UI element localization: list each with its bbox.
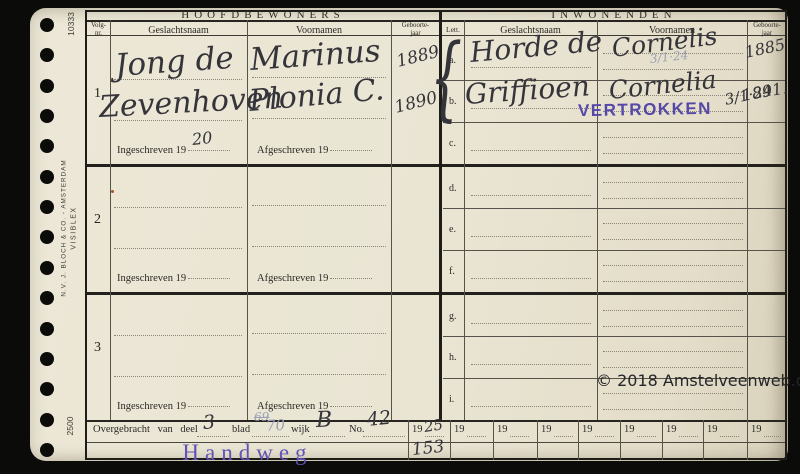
- write-line: [252, 246, 386, 247]
- write-line: [252, 436, 289, 437]
- write-line: [603, 326, 743, 327]
- blad-label: blad: [232, 424, 250, 435]
- year-cell-label: 19: [454, 424, 465, 435]
- handwritten-year-25: 25: [423, 415, 444, 435]
- row-letter: f.: [449, 266, 455, 277]
- card-serial-top: 10333: [66, 12, 76, 36]
- write-line: [603, 182, 743, 183]
- write-line: [595, 436, 614, 437]
- table-line: [620, 420, 621, 460]
- write-line: [603, 310, 743, 311]
- write-line: [252, 333, 386, 334]
- row-letter: c.: [449, 138, 456, 149]
- write-line: [252, 118, 386, 119]
- write-line: [603, 137, 743, 138]
- write-line: [471, 150, 591, 151]
- year-cell-label: 19: [751, 424, 762, 435]
- write-line: [114, 335, 242, 336]
- write-line: [471, 195, 591, 196]
- punch-hole: [40, 322, 54, 336]
- printer-company: N.V. J. BLOCH & CO. - AMSTERDAM: [61, 159, 68, 296]
- row-letter: g.: [449, 311, 457, 322]
- write-line: [603, 153, 743, 154]
- write-line: [603, 265, 743, 266]
- inwonenden-row-g: g.: [443, 295, 786, 336]
- write-line: [603, 409, 743, 410]
- row-number: 2: [94, 212, 101, 228]
- write-line: [603, 223, 743, 224]
- table-line: [747, 420, 748, 460]
- punch-hole: [40, 170, 54, 184]
- volgnr-line1: Volg-: [91, 22, 106, 29]
- write-line: [637, 436, 656, 437]
- table-line: [537, 420, 538, 460]
- no-label: No.: [349, 424, 364, 435]
- table-line: [703, 420, 704, 460]
- inwonenden-row-f: f.: [443, 250, 786, 292]
- row-letter: e.: [449, 224, 456, 235]
- wijk-label: wijk: [291, 424, 310, 435]
- write-line: [197, 436, 229, 437]
- punch-hole: [40, 261, 54, 275]
- handwritten-wijk: B: [316, 407, 333, 433]
- punch-hole: [40, 18, 54, 32]
- copyright-watermark: © 2018 Amstelveenweb.com: [596, 371, 800, 390]
- write-line: [114, 248, 242, 249]
- afgeschreven-label: Afgeschreven 19: [257, 273, 372, 284]
- handwritten-number-153: 153: [411, 437, 445, 460]
- table-line: [578, 420, 579, 460]
- inwonenden-row-e: e.: [443, 208, 786, 250]
- inwonenden-row-c: c.: [443, 122, 786, 164]
- street-name-stamp: Handweg: [87, 440, 408, 466]
- write-line: [471, 236, 591, 237]
- write-line: [603, 351, 743, 352]
- write-line: [720, 436, 739, 437]
- write-line: [510, 436, 529, 437]
- pencil-blad: 70: [265, 416, 285, 435]
- year-cell-label: 19: [412, 424, 423, 435]
- year-cell-label: 19: [707, 424, 718, 435]
- punch-hole: [40, 352, 54, 366]
- write-line: [467, 436, 486, 437]
- punch-hole: [40, 443, 54, 457]
- geboortejaar-line1: Geboorte-: [753, 22, 781, 29]
- printer-brand: VISIBLEX: [71, 206, 78, 249]
- year-cell-label: 19: [666, 424, 677, 435]
- geboortejaar-line1: Geboorte-: [402, 22, 430, 29]
- write-line: [471, 323, 591, 324]
- punch-hole: [40, 413, 54, 427]
- punch-hole: [40, 79, 54, 93]
- punch-hole: [40, 109, 54, 123]
- table-line: [408, 420, 409, 460]
- ingeschreven-label: Ingeschreven 19: [117, 273, 230, 284]
- table-line: [493, 420, 494, 460]
- write-line: [363, 436, 405, 437]
- section-title-inwonenden: INWONENDEN: [443, 9, 785, 21]
- write-line: [679, 436, 698, 437]
- write-line: [554, 436, 573, 437]
- inwonenden-row-d: d.: [443, 167, 786, 208]
- handwritten-deel: 3: [202, 411, 216, 434]
- year-cell-label: 19: [582, 424, 593, 435]
- write-line: [309, 436, 345, 437]
- write-line: [603, 239, 743, 240]
- write-line: [603, 367, 743, 368]
- section-title-hoofdbewoners: HOOFDBEWONERS: [87, 9, 439, 21]
- handwritten-ingeschreven-year: 20: [191, 128, 213, 149]
- punch-hole: [40, 200, 54, 214]
- year-cell-label: 19: [541, 424, 552, 435]
- table-line: [450, 420, 451, 460]
- handwritten-no: 42: [366, 407, 392, 431]
- write-line: [764, 436, 781, 437]
- write-line: [114, 376, 242, 377]
- write-line: [114, 207, 242, 208]
- row-letter: h.: [449, 352, 457, 363]
- write-line: [252, 205, 386, 206]
- table-line: [662, 420, 663, 460]
- year-cell-label: 19: [497, 424, 508, 435]
- brace-mark: {: [430, 36, 462, 120]
- write-line: [603, 281, 743, 282]
- write-line: [603, 198, 743, 199]
- scanned-register-card-page: 10333 VISIBLEX N.V. J. BLOCH & CO. - AMS…: [0, 0, 800, 474]
- ink-speck: [111, 190, 114, 193]
- card-serial-bottom: 2500: [65, 417, 75, 436]
- row-letter: d.: [449, 183, 457, 194]
- write-line: [603, 393, 743, 394]
- overgebracht-label: Overgebracht van deel: [93, 424, 198, 435]
- write-line: [471, 278, 591, 279]
- hoofdbewoners-block-2: 2 Ingeschreven 19 Afgeschreven 19: [87, 167, 440, 292]
- write-line: [471, 406, 591, 407]
- hoofdbewoners-block-3: 3 Ingeschreven 19 Afgeschreven 19: [87, 295, 440, 420]
- afgeschreven-label: Afgeschreven 19: [257, 145, 372, 156]
- row-letter: i.: [449, 394, 454, 405]
- write-line: [471, 364, 591, 365]
- vertrokken-stamp: VERTROKKEN: [578, 99, 712, 121]
- row-number: 3: [94, 340, 101, 356]
- year-cell-label: 19: [624, 424, 635, 435]
- write-line: [252, 374, 386, 375]
